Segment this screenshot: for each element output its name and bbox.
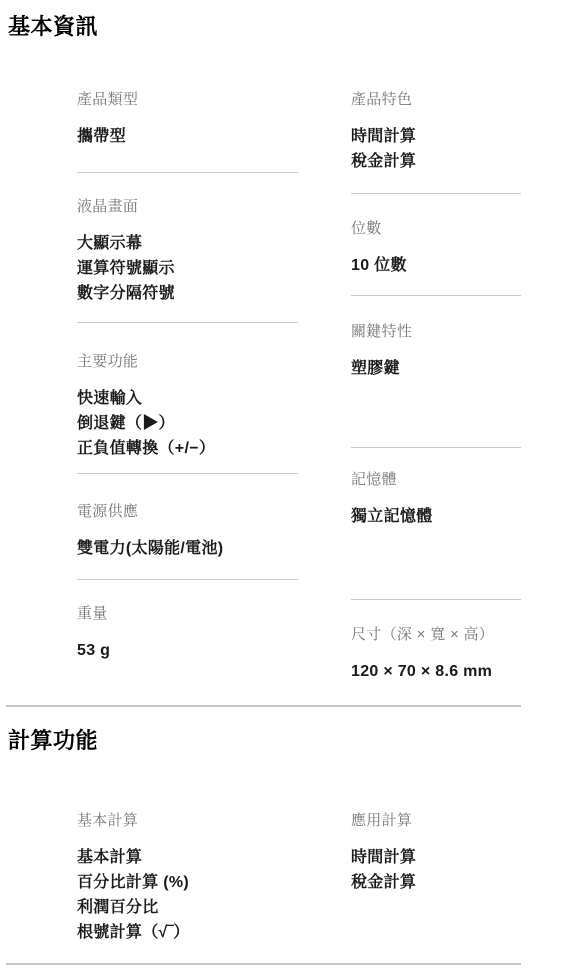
spec-value: 稅金計算 xyxy=(351,149,521,174)
spec-group-lcd-display: 液晶畫面 大顯示幕 運算符號顯示 數字分隔符號 xyxy=(77,197,298,323)
spec-label: 關鍵特性 xyxy=(351,322,521,342)
spec-value: 塑膠鍵 xyxy=(351,356,521,381)
spec-label: 產品特色 xyxy=(351,90,521,110)
spec-group-digits: 位數 10 位數 xyxy=(351,219,521,296)
spec-value: 利潤百分比 xyxy=(77,895,298,920)
spec-group-key-characteristics: 關鍵特性 塑膠鍵 xyxy=(351,322,521,448)
spec-value: 正負值轉換（+/−） xyxy=(77,436,298,461)
spec-label: 產品類型 xyxy=(77,90,298,110)
section-divider xyxy=(6,705,521,707)
spec-value: 基本計算 xyxy=(77,845,298,870)
spec-value: 運算符號顯示 xyxy=(77,256,298,281)
spec-label: 主要功能 xyxy=(77,352,298,372)
section-title-calc-functions: 計算功能 xyxy=(8,726,98,756)
spec-label: 位數 xyxy=(351,219,521,239)
spec-label: 液晶畫面 xyxy=(77,197,298,217)
spec-value: 獨立記憶體 xyxy=(351,504,521,529)
spec-value: 根號計算（√‾） xyxy=(77,920,298,945)
spec-value: 百分比計算 (%) xyxy=(77,870,298,895)
spec-group-memory: 記憶體 獨立記憶體 xyxy=(351,470,521,600)
spec-value: 倒退鍵（▶） xyxy=(77,411,298,436)
spec-group-main-functions: 主要功能 快速輸入 倒退鍵（▶） 正負值轉換（+/−） xyxy=(77,352,298,474)
spec-value: 時間計算 xyxy=(351,124,521,149)
spec-label: 重量 xyxy=(77,604,298,624)
spec-value: 數字分隔符號 xyxy=(77,281,298,306)
spec-value: 快速輸入 xyxy=(77,386,298,411)
spec-group-dimensions: 尺寸（深 × 寬 × 高） 120 × 70 × 8.6 mm xyxy=(351,625,521,684)
product-spec-page: 基本資訊 產品類型 攜帶型 液晶畫面 大顯示幕 運算符號顯示 數字分隔符號 主要… xyxy=(0,0,570,977)
spec-value: 攜帶型 xyxy=(77,124,298,149)
spec-label: 基本計算 xyxy=(77,811,298,831)
spec-group-applied-calculation: 應用計算 時間計算 稅金計算 xyxy=(351,811,521,895)
spec-value: 時間計算 xyxy=(351,845,521,870)
spec-value: 大顯示幕 xyxy=(77,231,298,256)
spec-label: 電源供應 xyxy=(77,502,298,522)
spec-label: 記憶體 xyxy=(351,470,521,490)
spec-value: 10 位數 xyxy=(351,253,521,278)
section-title-basic-info: 基本資訊 xyxy=(8,12,98,42)
spec-group-power-supply: 電源供應 雙電力(太陽能/電池) xyxy=(77,502,298,580)
spec-group-basic-calculation: 基本計算 基本計算 百分比計算 (%) 利潤百分比 根號計算（√‾） xyxy=(77,811,298,945)
spec-value: 120 × 70 × 8.6 mm xyxy=(351,659,521,684)
spec-label: 應用計算 xyxy=(351,811,521,831)
spec-label: 尺寸（深 × 寬 × 高） xyxy=(351,625,521,645)
spec-value: 稅金計算 xyxy=(351,870,521,895)
spec-group-product-type: 產品類型 攜帶型 xyxy=(77,90,298,173)
spec-group-weight: 重量 53 g xyxy=(77,604,298,663)
spec-value: 53 g xyxy=(77,638,298,663)
spec-group-product-features: 產品特色 時間計算 稅金計算 xyxy=(351,90,521,194)
spec-value: 雙電力(太陽能/電池) xyxy=(77,536,298,561)
section-divider xyxy=(6,963,521,965)
